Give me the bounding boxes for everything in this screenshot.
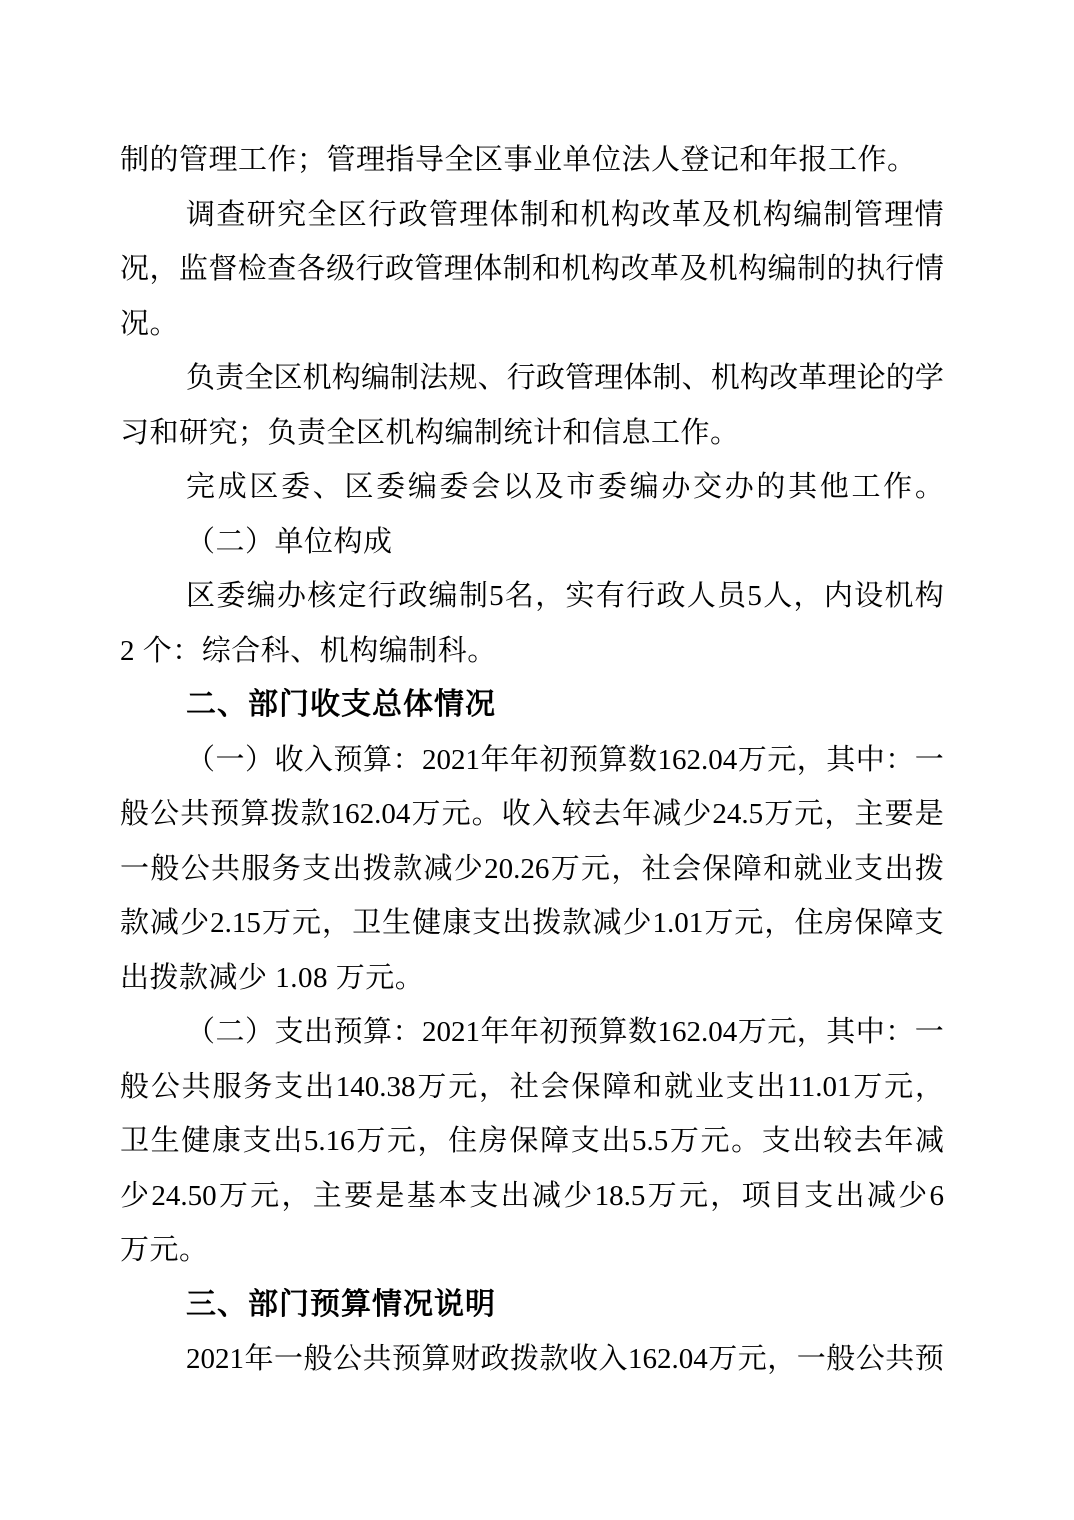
text-token: 一: [120, 842, 149, 897]
text-token: 减: [592, 896, 621, 951]
text-token: 查: [216, 188, 245, 243]
text-token: 检: [238, 242, 267, 297]
document-body: 制的管理工作；管理指导全区事业单位法人登记和年报工作。调查研究全区行政管理体制和…: [120, 133, 944, 1387]
text-token: 元: [679, 1169, 708, 1224]
text-token: 和: [633, 1060, 662, 1115]
text-token: 5: [747, 569, 762, 624]
text-token: 名: [505, 569, 534, 624]
text-token: 区: [338, 188, 367, 243]
text-token: 会: [541, 1060, 570, 1115]
text-token: 算: [421, 1332, 450, 1387]
text-token: 工: [851, 460, 880, 515]
text-token: 理: [459, 188, 488, 243]
text-token: 委: [216, 569, 245, 624]
text-token: 究: [277, 188, 306, 243]
text-token: 公: [151, 1060, 180, 1115]
text-token: 区: [344, 460, 373, 515]
text-token: ，: [149, 242, 178, 297]
text-token: 拨: [915, 842, 944, 897]
text-token: 构: [740, 351, 769, 406]
text-token: 就: [664, 1060, 693, 1115]
text-token: 少: [898, 1169, 927, 1224]
text-line: 2021年一般公共预算财政拨款收入162.04万元，一般公共预: [120, 1332, 944, 1387]
text-token: 机: [303, 351, 332, 406]
text-token: 入: [598, 1332, 627, 1387]
text-token: 机: [884, 569, 913, 624]
text-token: 编: [768, 242, 797, 297]
text-token: 住: [448, 1114, 477, 1169]
text-token: 的: [886, 351, 915, 406]
text-token: 本: [438, 1169, 467, 1224]
text-token: ，: [797, 733, 826, 788]
text-token: 元: [442, 787, 471, 842]
text-token: 其: [826, 1005, 855, 1060]
text-token: 政: [656, 569, 685, 624]
text-token: 年: [480, 733, 509, 788]
text-token: 预: [392, 1332, 421, 1387]
text-token: 支: [469, 1169, 498, 1224]
text-token: 支: [302, 842, 331, 897]
text-token: 元: [701, 1114, 730, 1169]
text-token: ，: [824, 787, 853, 842]
text-token: 项: [742, 1169, 771, 1224]
text-token: 万: [738, 733, 767, 788]
text-token: 万: [219, 1169, 248, 1224]
text-token: 是: [915, 787, 944, 842]
text-token: 交: [693, 460, 722, 515]
text-token: 、: [682, 351, 711, 406]
text-token: 元: [738, 1332, 767, 1387]
text-token: 革: [650, 242, 679, 297]
text-token: 。: [915, 460, 944, 515]
text-token: 算: [363, 733, 392, 788]
text-token: 少: [180, 896, 209, 951]
text-token: 万: [356, 1114, 385, 1169]
text-token: 机: [581, 188, 610, 243]
text-token: 算: [363, 1005, 392, 1060]
text-token: 人: [763, 569, 792, 624]
text-token: 出: [601, 1114, 630, 1169]
text-token: 款: [301, 787, 330, 842]
text-token: 改: [641, 188, 670, 243]
text-token: 构: [332, 351, 361, 406]
text-token: 入: [532, 787, 561, 842]
text-token: 支: [804, 1169, 833, 1224]
text-line: 款减少2.15万元，卫生健康支出拨款减少1.01万元，住房保障支: [120, 896, 944, 951]
text-line: （二）支出预算：2021年年初预算数162.04万元，其中：一: [120, 1005, 944, 1060]
text-token: 减: [915, 1114, 944, 1169]
text-token: 社: [642, 842, 671, 897]
text-token: 公: [150, 787, 179, 842]
text-token: 入: [304, 733, 333, 788]
text-token: 中: [856, 1005, 885, 1060]
text-token: 康: [442, 896, 471, 951]
text-token: 务: [243, 1060, 272, 1115]
text-token: 服: [241, 842, 270, 897]
text-token: 年: [510, 1005, 539, 1060]
text-token: 体: [623, 351, 652, 406]
text-token: 元: [250, 1169, 279, 1224]
text-token: 般: [303, 1332, 332, 1387]
text-token: 2021: [422, 1005, 480, 1060]
text-token: 拨: [510, 1332, 539, 1387]
text-token: 万: [417, 1060, 446, 1115]
text-token: 完: [186, 460, 215, 515]
text-token: 责: [215, 351, 244, 406]
text-token: 一: [797, 1332, 826, 1387]
text-token: 公: [333, 1332, 362, 1387]
text-token: 就: [793, 842, 822, 897]
text-token: 成: [218, 460, 247, 515]
text-token: 162.04: [628, 1332, 708, 1387]
text-token: 政: [536, 351, 565, 406]
text-token: 二: [216, 1005, 245, 1060]
text-token: 般: [120, 1060, 149, 1115]
text-token: 管: [854, 188, 883, 243]
text-token: ）: [245, 733, 274, 788]
text-token: 5: [489, 569, 504, 624]
text-line: 一般公共服务支出拨款减少20.26万元，社会保障和就业支出拨: [120, 842, 944, 897]
text-token: 要: [885, 787, 914, 842]
text-token: 编: [408, 460, 437, 515]
text-token: 编: [247, 569, 276, 624]
text-token: 年: [480, 1005, 509, 1060]
text-token: 制: [390, 351, 419, 406]
text-token: 保: [855, 896, 884, 951]
text-token: 拨: [270, 787, 299, 842]
text-token: 区: [273, 351, 302, 406]
text-token: 出: [501, 1169, 530, 1224]
text-token: 140.38: [336, 1060, 416, 1115]
text-token: 拨: [532, 896, 561, 951]
text-token: 会: [471, 460, 500, 515]
text-token: （: [186, 1005, 215, 1060]
text-token: 般: [826, 1332, 855, 1387]
text-token: ，: [535, 569, 564, 624]
text-token: 万: [648, 1169, 677, 1224]
text-token: 共: [885, 1332, 914, 1387]
text-token: 区: [186, 569, 215, 624]
text-token: 般: [150, 842, 179, 897]
text-token: 制: [824, 188, 853, 243]
text-token: 编: [429, 569, 458, 624]
text-token: 2021: [186, 1332, 244, 1387]
text-token: ：: [393, 733, 422, 788]
text-token: 24.5: [712, 787, 763, 842]
text-token: ：: [885, 733, 914, 788]
text-token: 24.50: [151, 1169, 216, 1224]
text-token: 卫: [120, 1114, 149, 1169]
text-token: 全: [244, 351, 273, 406]
text-token: 预: [210, 787, 239, 842]
text-token: 收: [569, 1332, 598, 1387]
text-token: 。: [731, 1114, 760, 1169]
text-token: 元: [387, 1114, 416, 1169]
text-token: 支: [274, 1060, 303, 1115]
text-token: 出: [332, 842, 361, 897]
text-token: 万: [262, 896, 291, 951]
text-token: 较: [823, 1114, 852, 1169]
text-token: 保: [572, 1060, 601, 1115]
text-token: 其: [826, 733, 855, 788]
text-token: 目: [773, 1169, 802, 1224]
text-token: 查: [267, 242, 296, 297]
text-token: 一: [216, 733, 245, 788]
text-token: 及: [679, 242, 708, 297]
text-token: 社: [510, 1060, 539, 1115]
text-token: 支: [762, 1114, 791, 1169]
text-token: 督: [208, 242, 237, 297]
text-token: 规: [448, 351, 477, 406]
text-token: 元: [767, 733, 796, 788]
text-token: 减: [423, 842, 452, 897]
text-token: 委: [440, 460, 469, 515]
text-token: 减: [867, 1169, 896, 1224]
text-token: 政: [399, 188, 428, 243]
text-token: 业: [824, 842, 853, 897]
text-line: 2 个：综合科、机构编制科。: [120, 624, 944, 679]
text-line: 少24.50万元，主要是基本支出减少18.5万元，项目支出减少6: [120, 1169, 944, 1224]
section-heading: 三、部门预算情况说明: [120, 1278, 944, 1333]
text-token: 万: [708, 1332, 737, 1387]
text-token: 管: [429, 188, 458, 243]
text-token: 行: [368, 188, 397, 243]
text-token: 定: [338, 569, 367, 624]
text-token: 公: [181, 842, 210, 897]
text-token: 一: [915, 733, 944, 788]
text-token: 支: [854, 842, 883, 897]
text-token: 障: [602, 1060, 631, 1115]
text-token: 一: [274, 1332, 303, 1387]
text-token: 行: [356, 242, 385, 297]
text-token: 。: [472, 787, 501, 842]
text-token: 况: [120, 242, 149, 297]
text-token: ，: [797, 1005, 826, 1060]
text-token: 康: [212, 1114, 241, 1169]
text-token: 研: [247, 188, 276, 243]
text-token: ，: [611, 842, 640, 897]
text-token: 收: [502, 787, 531, 842]
text-token: 革: [798, 351, 827, 406]
text-token: 制: [797, 242, 826, 297]
text-token: 机: [709, 242, 738, 297]
text-token: 年: [510, 733, 539, 788]
text-token: 编: [793, 188, 822, 243]
text-token: 理: [884, 188, 913, 243]
text-token: 健: [412, 896, 441, 951]
text-token: 是: [375, 1169, 404, 1224]
text-token: 主: [855, 787, 884, 842]
text-token: 和: [550, 188, 579, 243]
text-token: 1.01: [653, 896, 704, 951]
text-token: 数: [628, 733, 657, 788]
text-token: 万: [764, 787, 793, 842]
text-token: 万: [670, 1114, 699, 1169]
text-token: 万: [738, 1005, 767, 1060]
text-token: 政: [398, 569, 427, 624]
text-token: 障: [540, 1114, 569, 1169]
text-token: ）: [245, 1005, 274, 1060]
text-token: 支: [472, 896, 501, 951]
text-token: 管: [414, 242, 443, 297]
text-token: 内: [824, 569, 853, 624]
text-token: 市: [566, 460, 595, 515]
text-token: 元: [448, 1060, 477, 1115]
text-token: 算: [598, 733, 627, 788]
text-line: 般公共预算拨款162.04万元。收入较去年减少24.5万元，主要是: [120, 787, 944, 842]
text-token: 理: [444, 242, 473, 297]
text-token: ：: [885, 1005, 914, 1060]
text-token: 区: [249, 460, 278, 515]
text-line: 万元。: [120, 1223, 944, 1278]
text-token: 机: [711, 351, 740, 406]
text-line: 负责全区机构编制法规、行政管理体制、机构改革理论的学: [120, 351, 944, 406]
text-token: 改: [620, 242, 649, 297]
text-token: 少: [622, 896, 651, 951]
text-token: 初: [539, 1005, 568, 1060]
text-token: 支: [915, 896, 944, 951]
text-token: 162.04: [657, 733, 737, 788]
text-token: 保: [702, 842, 731, 897]
text-line: （一）收入预算：2021年年初预算数162.04万元，其中：一: [120, 733, 944, 788]
text-token: 员: [717, 569, 746, 624]
text-token: 和: [532, 242, 561, 297]
text-token: 政: [480, 1332, 509, 1387]
document-page: 制的管理工作；管理指导全区事业单位法人登记和年报工作。调查研究全区行政管理体制和…: [0, 0, 1074, 1520]
text-token: 障: [733, 842, 762, 897]
text-token: 支: [243, 1114, 272, 1169]
text-token: 算: [598, 1005, 627, 1060]
text-token: 出: [304, 1005, 333, 1060]
text-token: 法: [419, 351, 448, 406]
text-token: 万: [551, 842, 580, 897]
text-token: 支: [726, 1060, 755, 1115]
text-token: 2021: [422, 733, 480, 788]
text-token: 6: [929, 1169, 944, 1224]
text-token: 减: [532, 1169, 561, 1224]
text-token: 及: [535, 460, 564, 515]
text-token: 调: [186, 188, 215, 243]
text-token: ，: [915, 1060, 944, 1115]
text-token: 编: [630, 460, 659, 515]
text-token: 监: [179, 242, 208, 297]
text-token: 生: [382, 896, 411, 951]
text-token: 改: [769, 351, 798, 406]
text-line: 卫生健康支出5.16万元，住房保障支出5.5万元。支出较去年减: [120, 1114, 944, 1169]
text-token: 主: [313, 1169, 342, 1224]
text-token: 级: [326, 242, 355, 297]
text-token: 2.15: [210, 896, 261, 951]
text-token: 理: [827, 351, 856, 406]
text-token: 元: [767, 1005, 796, 1060]
text-token: 减: [652, 787, 681, 842]
text-token: 款: [539, 1332, 568, 1387]
text-token: 办: [725, 460, 754, 515]
text-token: 预: [915, 1332, 944, 1387]
text-token: 元: [581, 842, 610, 897]
text-token: 负: [186, 351, 215, 406]
text-token: 11.01: [787, 1060, 851, 1115]
text-token: 政: [385, 242, 414, 297]
text-token: 体: [473, 242, 502, 297]
text-token: 少: [120, 1169, 149, 1224]
text-token: 保: [509, 1114, 538, 1169]
text-token: 共: [362, 1332, 391, 1387]
text-token: 全: [307, 188, 336, 243]
text-token: 去: [854, 1114, 883, 1169]
text-token: 要: [344, 1169, 373, 1224]
text-token: 业: [695, 1060, 724, 1115]
text-token: 万: [411, 787, 440, 842]
text-token: 预: [569, 733, 598, 788]
text-token: 机: [562, 242, 591, 297]
text-token: 障: [885, 896, 914, 951]
text-line: 调查研究全区行政管理体制和机构改革及机构编制管理情: [120, 188, 944, 243]
text-token: 基: [407, 1169, 436, 1224]
text-line: 出拨款减少 1.08 万元。: [120, 951, 944, 1006]
text-token: 5.5: [632, 1114, 668, 1169]
text-token: 管: [565, 351, 594, 406]
text-token: 5.16: [304, 1114, 355, 1169]
text-token: 体: [490, 188, 519, 243]
text-token: 减: [150, 896, 179, 951]
text-token: 出: [836, 1169, 865, 1224]
text-token: 共: [182, 1060, 211, 1115]
text-token: 少: [563, 1169, 592, 1224]
text-token: 出: [884, 842, 913, 897]
text-token: 出: [756, 1060, 785, 1115]
text-token: 委: [376, 460, 405, 515]
text-token: 拨: [363, 842, 392, 897]
text-token: （: [186, 733, 215, 788]
text-token: 理: [594, 351, 623, 406]
text-token: 和: [763, 842, 792, 897]
text-token: 的: [756, 460, 785, 515]
text-token: 款: [562, 896, 591, 951]
text-token: ，: [764, 896, 793, 951]
text-token: ，: [479, 1060, 508, 1115]
text-token: 预: [569, 1005, 598, 1060]
text-token: 实: [566, 569, 595, 624]
text-token: 行: [885, 242, 914, 297]
text-line: 完成区委、区委编委会以及市委编办交办的其他工作。: [120, 460, 944, 515]
text-token: 18.5: [595, 1169, 646, 1224]
text-token: 预: [334, 1005, 363, 1060]
text-line: 习和研究；负责全区机构编制统计和信息工作。: [120, 406, 944, 461]
text-line: 般公共服务支出140.38万元，社会保障和就业支出11.01万元，: [120, 1060, 944, 1115]
text-token: 作: [883, 460, 912, 515]
text-token: ，: [710, 1169, 739, 1224]
section-heading: 二、部门收支总体情况: [120, 678, 944, 733]
text-token: 办: [661, 460, 690, 515]
text-token: 房: [825, 896, 854, 951]
text-token: 服: [212, 1060, 241, 1115]
text-token: 有: [596, 569, 625, 624]
text-token: 元: [794, 787, 823, 842]
text-token: 一: [915, 1005, 944, 1060]
text-token: 他: [820, 460, 849, 515]
text-token: 般: [120, 787, 149, 842]
text-token: 行: [368, 569, 397, 624]
text-token: 以: [503, 460, 532, 515]
text-token: 共: [211, 842, 240, 897]
text-token: 、: [478, 351, 507, 406]
text-token: 少: [454, 842, 483, 897]
text-token: 机: [732, 188, 761, 243]
text-token: 制: [503, 242, 532, 297]
text-token: 办: [277, 569, 306, 624]
text-token: ，: [794, 569, 823, 624]
